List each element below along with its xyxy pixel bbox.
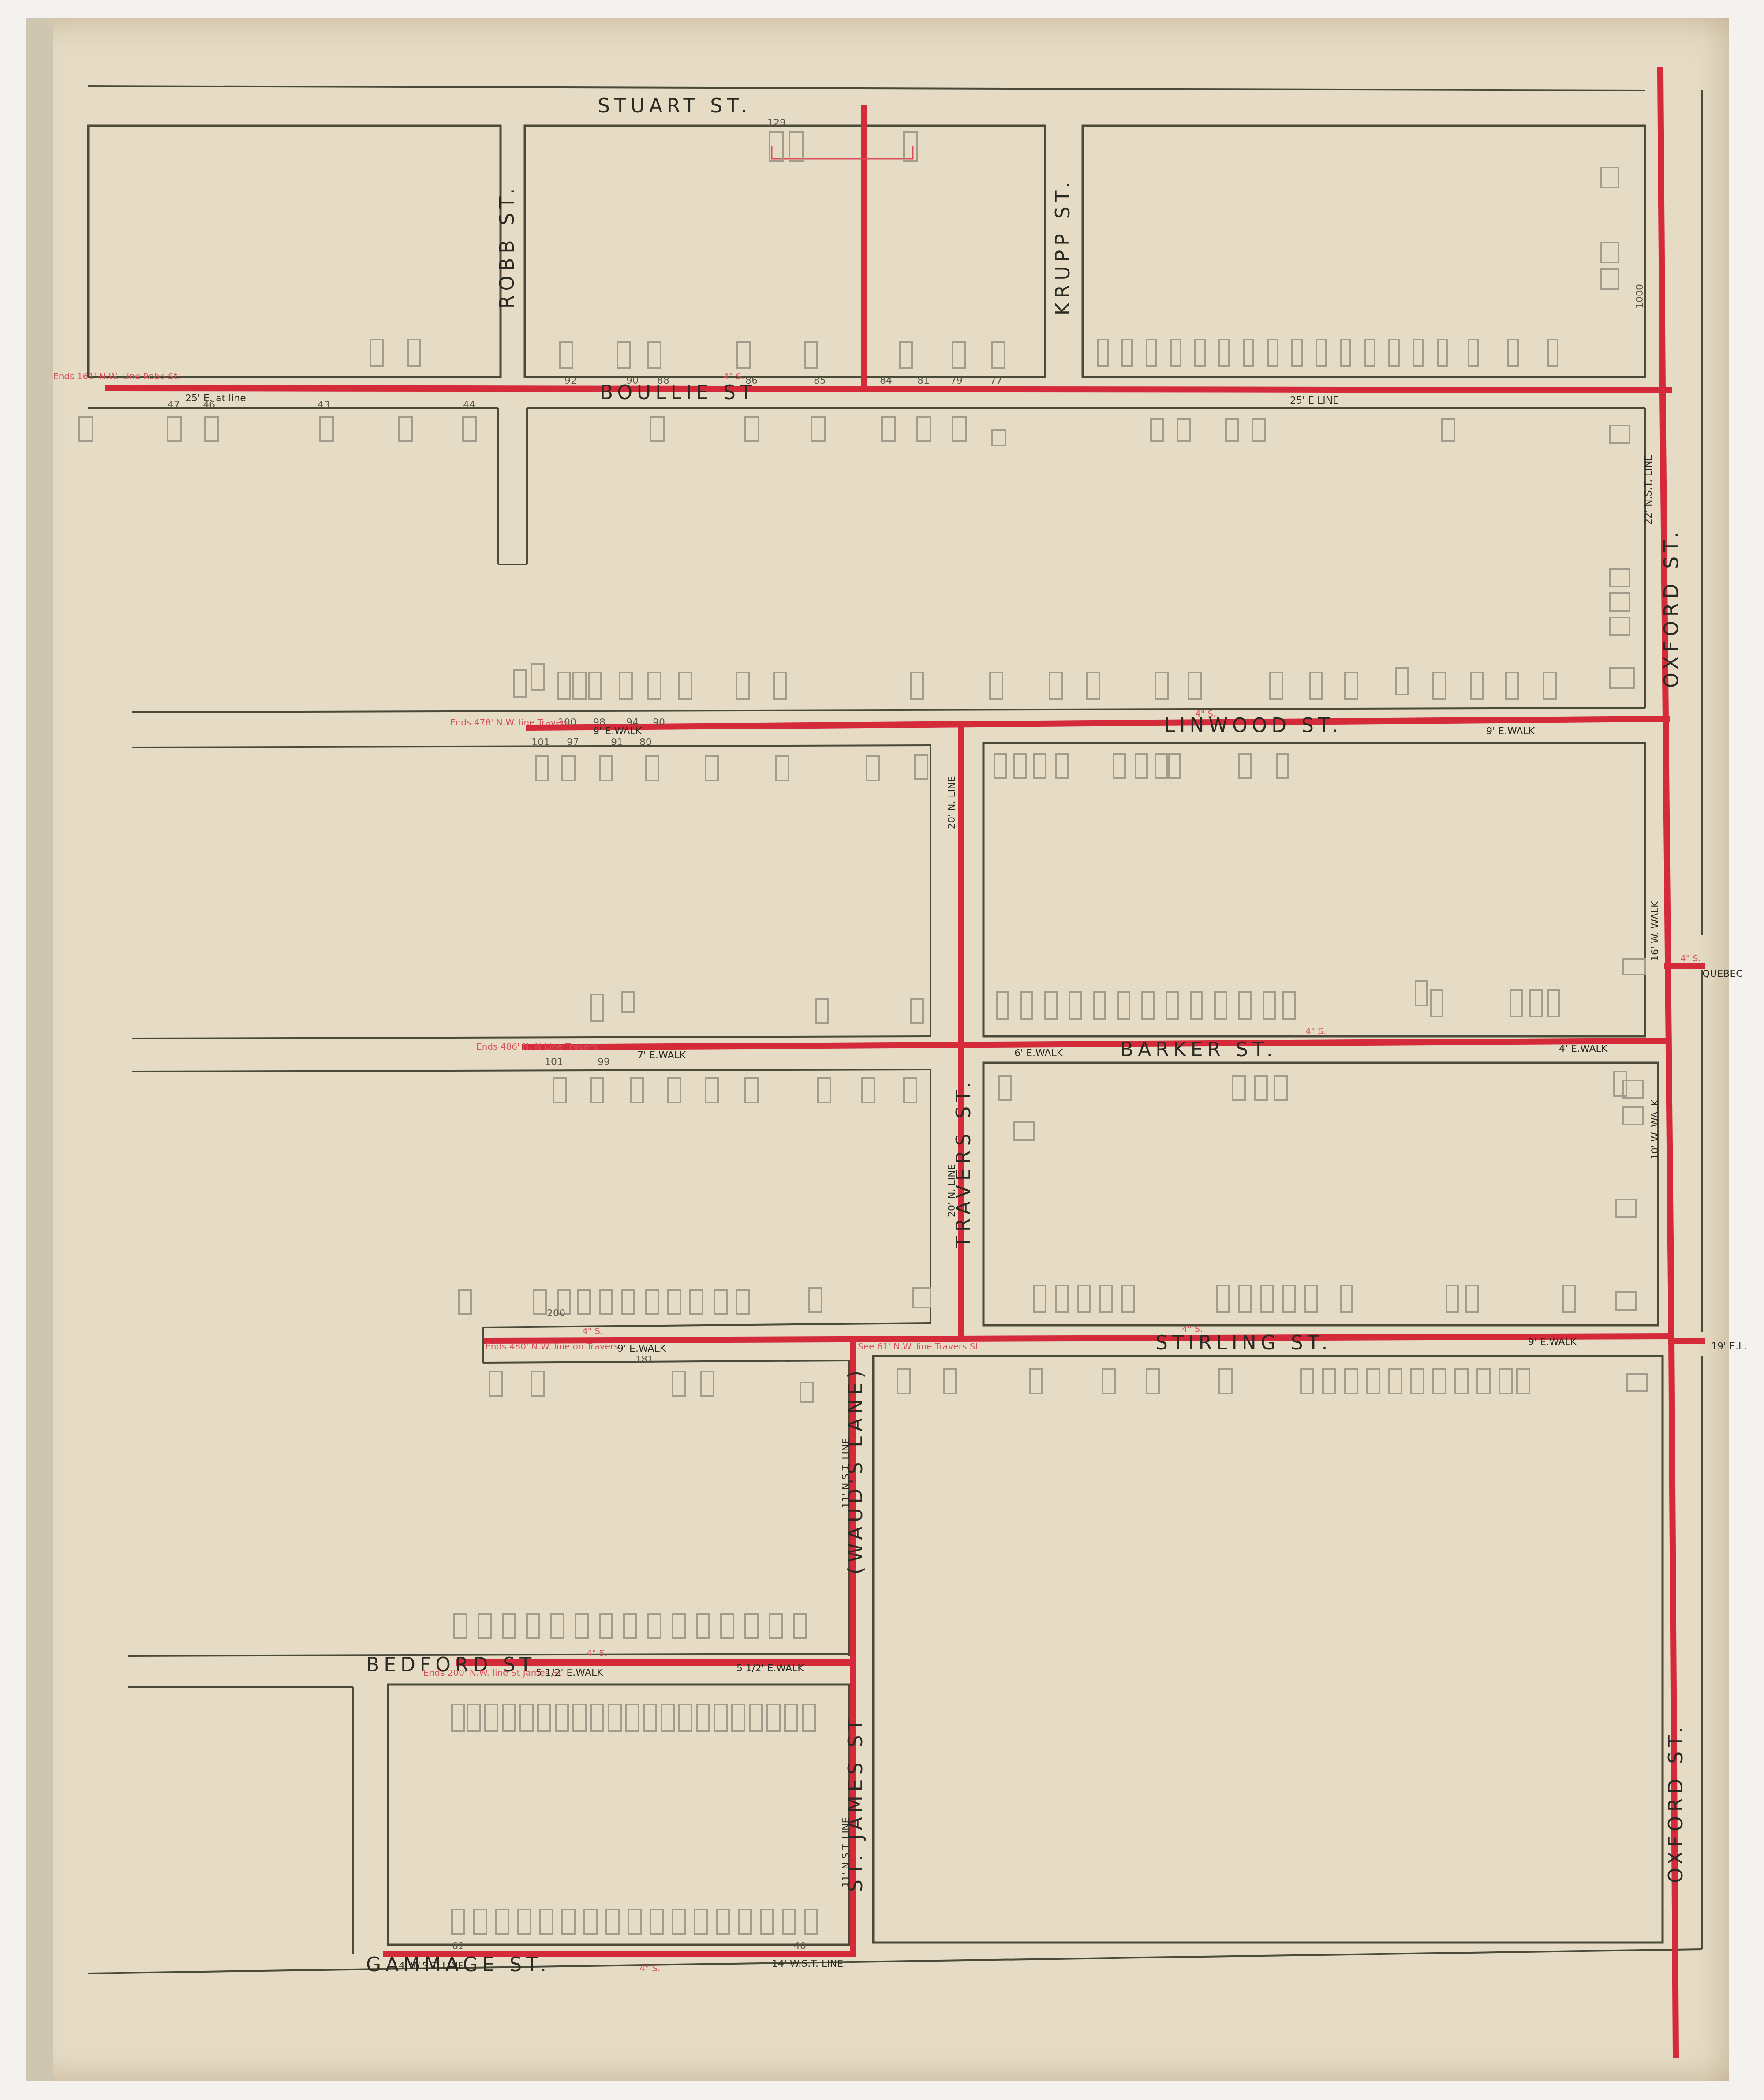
- note-barker-end: Ends 486' N. N Line Travers: [476, 1041, 597, 1052]
- lot-number: 181: [635, 1354, 654, 1365]
- note-oxford-walk2: 10' W. WALK: [1650, 1099, 1661, 1160]
- bedford-south-houses: [452, 1704, 815, 1731]
- lot-number: 43: [318, 400, 330, 411]
- note-boullie-pipe: 4" S.: [723, 371, 744, 381]
- note-barker-walk1: 7' E.WALK: [637, 1050, 686, 1061]
- note-gammage-line1: 14' W.S.T. LINE: [392, 1961, 464, 1972]
- lot-number: 97: [567, 737, 579, 748]
- lot-number: 100: [558, 717, 576, 728]
- annotations: Ends 161' N.W. Line Robb St. 25' E. at l…: [53, 371, 1747, 1973]
- lot-129: 129: [767, 117, 786, 128]
- barker-south-houses: [553, 1072, 1643, 1217]
- label-oxford-st-north: OXFORD ST.: [1660, 527, 1683, 688]
- note-stirling-pipe: 4" S.: [1182, 1323, 1203, 1334]
- lot-number: 80: [639, 737, 652, 748]
- buildings: [79, 132, 1647, 1934]
- label-stuart-st: STUART ST.: [598, 95, 751, 117]
- note-stirling-end: Ends 480' N.W. line on Travers: [485, 1341, 619, 1352]
- label-barker-st: BARKER ST.: [1120, 1039, 1277, 1061]
- note-bedford-walk1: 5 1/2' E.WALK: [536, 1667, 603, 1678]
- lot-number: 91: [611, 737, 623, 748]
- note-stirling-walk1: 9' E.WALK: [617, 1343, 666, 1354]
- lot-number: 44: [463, 400, 475, 411]
- lot-number: 94: [626, 717, 639, 728]
- note-travers-line2: 20' N. LINE: [946, 1164, 957, 1217]
- label-travers-st: TRAVERS ST.: [953, 1077, 975, 1248]
- lot-number: 84: [880, 375, 892, 386]
- note-linwood-walk2: 9' E.WALK: [1486, 726, 1535, 737]
- note-st-james-line1: 11' N.S.T. LINE: [841, 1438, 852, 1508]
- note-boullie-line2: 25' E LINE: [1290, 395, 1339, 406]
- label-linwood-st: LINWOOD ST.: [1164, 714, 1343, 737]
- lot-number: 101: [531, 737, 550, 748]
- label-oxford-st-south: OXFORD ST.: [1665, 1723, 1687, 1883]
- note-bedford-walk2: 5 1/2' E.WALK: [736, 1663, 804, 1674]
- bedford-north-houses: [454, 1614, 806, 1638]
- lot-number: 92: [564, 375, 577, 386]
- label-quebec: QUEBEC: [1702, 968, 1743, 979]
- lot-number: 47: [168, 400, 180, 411]
- note-boullie-end: Ends 161' N.W. Line Robb St.: [53, 371, 180, 381]
- gammage-north-houses: [452, 1909, 817, 1934]
- lot-number: 1000: [1634, 284, 1645, 309]
- stirling-north-houses: [459, 1285, 1636, 1314]
- note-stirling-walk2: 9' E.WALK: [1528, 1337, 1577, 1348]
- note-stirling-see: See 61' N.W. line Travers St: [858, 1341, 979, 1352]
- label-krupp-st: KRUPP ST.: [1052, 178, 1074, 315]
- lot-number: 90: [626, 375, 639, 386]
- label-boullie-st: BOULLIE ST: [600, 381, 756, 404]
- note-linwood-pipe: 4" S.: [1195, 708, 1216, 719]
- stirling-south-houses: [490, 1369, 1647, 1402]
- note-boullie-line: 25' E. at line: [185, 393, 246, 404]
- lot-number: 90: [653, 717, 665, 728]
- boullie-south-houses: [79, 417, 1629, 445]
- note-barker-pipe: 4" S.: [1305, 1026, 1326, 1036]
- note-gammage-pipe: 4" S.: [639, 1963, 660, 1973]
- lot-number: 86: [745, 375, 758, 386]
- linwood-south-houses: [536, 754, 1288, 781]
- label-robb-st: ROBB ST.: [496, 184, 519, 309]
- lot-number: 101: [545, 1057, 563, 1068]
- note-oxford-el: 19' E.L.: [1711, 1341, 1747, 1352]
- map-canvas: STUART ST. ROBB ST. KRUPP ST. BOULLIE ST…: [0, 0, 1764, 2100]
- lot-number: 62: [452, 1941, 464, 1952]
- lot-number: 77: [990, 375, 1002, 386]
- lot-number: 98: [593, 717, 605, 728]
- note-oxford-line: 22' N.S.T. LINE: [1643, 455, 1654, 525]
- note-quebec-pipe: 4" S.: [1680, 953, 1701, 964]
- note-linwood-end: Ends 478' N.W. line Travers: [450, 717, 569, 728]
- lot-number: 88: [657, 375, 669, 386]
- note-st-james-line2: 11' N.S.T. LINE: [841, 1817, 852, 1887]
- lot-number: 46: [203, 400, 215, 411]
- lot-number: 79: [950, 375, 963, 386]
- barker-north-houses: [591, 959, 1645, 1023]
- note-barker-walk2: 6' E.WALK: [1014, 1048, 1063, 1059]
- lot-number: 85: [814, 375, 826, 386]
- lot-number: 81: [917, 375, 930, 386]
- lot-number: 40: [794, 1941, 806, 1952]
- note-gammage-line2: 14' W.S.T. LINE: [772, 1958, 843, 1969]
- note-stirling-pipe2: 4" S.: [582, 1326, 603, 1336]
- boullie-north-houses: [370, 340, 1558, 368]
- note-travers-line1: 20' N. LINE: [946, 776, 957, 829]
- lot-number: 200: [547, 1308, 565, 1319]
- note-oxford-walk: 16' W. WALK: [1650, 901, 1661, 961]
- street-outlines: [88, 86, 1702, 1973]
- note-bedford-pipe: 4" S.: [587, 1648, 607, 1658]
- lot-number: 99: [598, 1057, 610, 1068]
- label-stirling-st: STIRLING ST.: [1155, 1332, 1332, 1354]
- note-barker-walk3: 4' E.WALK: [1559, 1043, 1608, 1054]
